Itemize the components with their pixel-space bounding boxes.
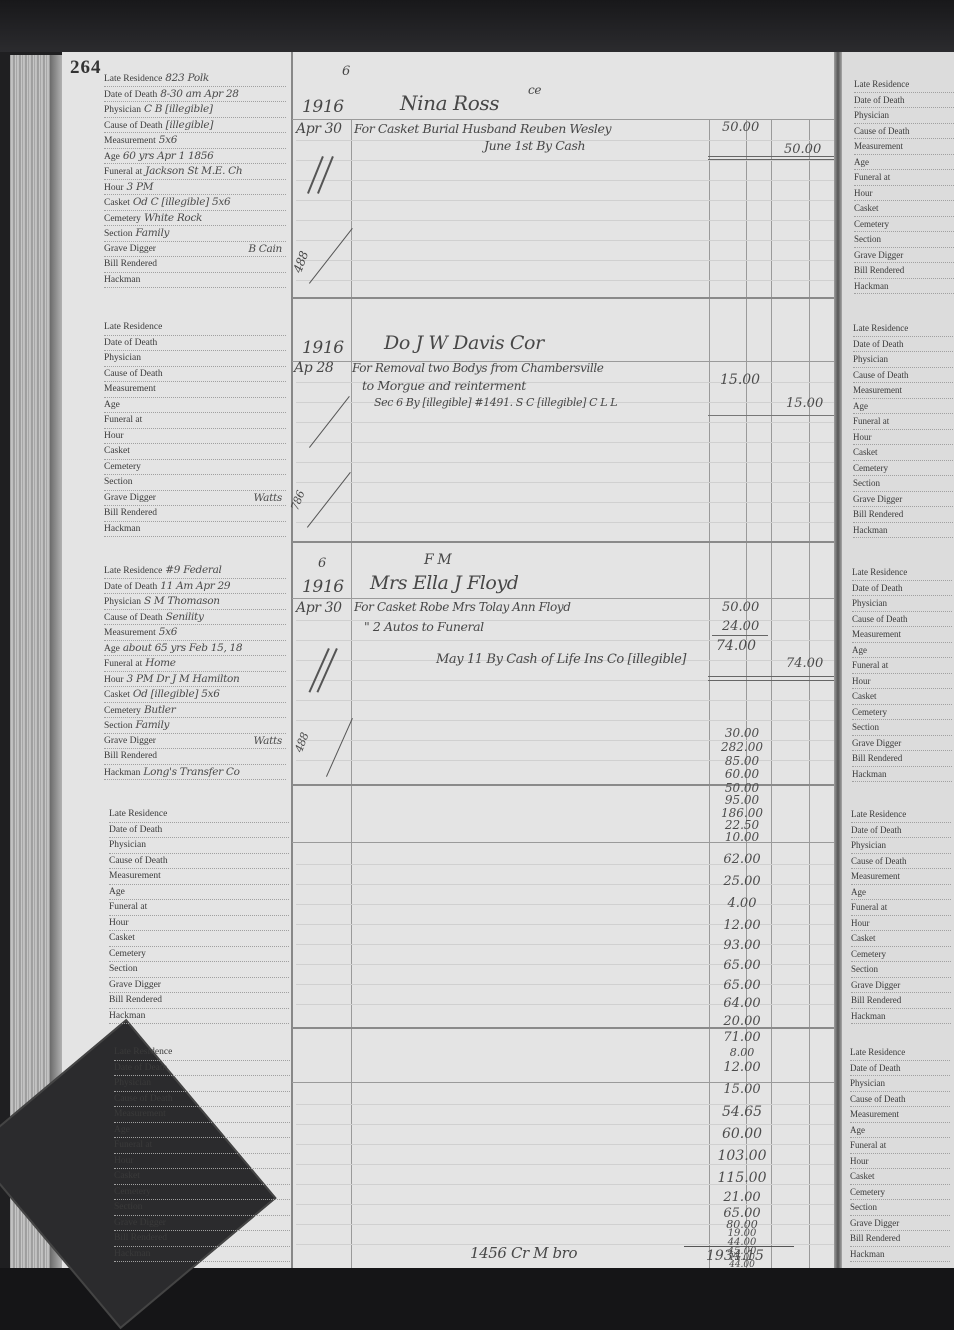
- funeral-at-value: Home: [145, 657, 175, 669]
- casket-value: Od [illegible] 5x6: [133, 688, 220, 700]
- ledger-description: For Removal two Bodys from Chambersville: [352, 361, 604, 375]
- ledger-name: Nina Ross: [400, 91, 499, 115]
- ledger-charge-1: 50.00: [722, 600, 759, 615]
- header-rule: [292, 598, 834, 599]
- ledger-date: Apr 30: [296, 600, 342, 616]
- total-underline: [708, 680, 834, 681]
- tally-total: 1934.15: [706, 1248, 764, 1264]
- column-rule-left: [291, 52, 293, 1268]
- book-gutter: [834, 52, 842, 1268]
- cause-of-death-value: [illegible]: [166, 119, 214, 131]
- facing-page-form-4: Late Residence Date of Death Physician C…: [851, 807, 951, 1024]
- ledger-mark: 6: [342, 64, 350, 79]
- ledger-date: Apr 30: [296, 121, 342, 137]
- casket-value: Od C [illegible] 5x6: [133, 196, 231, 208]
- entry-5-form: Late Residence Date of Death Physician C…: [114, 1045, 290, 1262]
- column-rule-date: [351, 120, 352, 1268]
- entry-separator: [292, 541, 834, 543]
- physician-value: S M Thomason: [144, 595, 220, 607]
- column-rule-credit-cents: [809, 120, 810, 1268]
- entry-1-form: Late Residence823 Polk Date of Death8-30…: [104, 71, 286, 288]
- ledger-description: For Casket Robe Mrs Tolay Ann Floyd: [354, 600, 570, 614]
- age-value: about 65 yrs Feb 15, 18: [123, 642, 242, 654]
- ledger-line-2: June 1st By Cash: [484, 138, 585, 153]
- cause-of-death-value: Senility: [166, 611, 204, 623]
- ledger-line-2: " 2 Autos to Funeral: [364, 619, 484, 634]
- ledger-credit: 50.00: [784, 142, 821, 157]
- total-underline: [708, 156, 834, 157]
- facing-page-form-3: Late Residence Date of Death Physician C…: [852, 565, 952, 782]
- grave-digger-value: Watts: [254, 491, 282, 506]
- measurement-value: 5x6: [159, 626, 177, 638]
- ledger-year: 1916: [302, 338, 344, 358]
- page-number: 264: [70, 57, 102, 79]
- cemetery-value: Butler: [144, 704, 176, 716]
- late-residence-value: 823 Polk: [165, 72, 209, 84]
- hackman-value: Long's Transfer Co: [143, 766, 239, 778]
- column-rule-charge: [709, 120, 710, 1268]
- ledger-year: 1916: [302, 577, 344, 597]
- date-of-death-value: 11 Am Apr 29: [160, 580, 230, 592]
- entry-3-form: Late Residence#9 Federal Date of Death11…: [104, 563, 286, 780]
- cemetery-value: White Rock: [144, 212, 202, 224]
- footer-note: 1456 Cr M bro: [470, 1244, 577, 1262]
- hour-value: 3 PM Dr J M Hamilton: [127, 673, 240, 685]
- subtotal-underline: [712, 635, 768, 636]
- total-underline: [708, 676, 834, 677]
- tally-total-rule: [684, 1246, 794, 1247]
- ledger-name-suffix: ce: [528, 83, 541, 97]
- book-background-top: [0, 0, 954, 52]
- facing-page-form-1: Late Residence Date of Death Physician C…: [854, 77, 954, 294]
- ledger-charge: 15.00: [720, 372, 760, 388]
- facing-page-form-2: Late Residence Date of Death Physician C…: [853, 321, 953, 538]
- ledger-name: Mrs Ella J Floyd: [370, 572, 519, 594]
- section-value: Family: [136, 227, 170, 239]
- entry-separator: [292, 297, 834, 299]
- ledger-charge: 50.00: [722, 120, 759, 135]
- ledger-line-3: May 11 By Cash of Life Ins Co [illegible…: [436, 652, 686, 667]
- measurement-value: 5x6: [159, 134, 177, 146]
- hour-value: 3 PM: [127, 181, 154, 193]
- ledger-mark-fm: F M: [424, 552, 451, 568]
- total-underline: [708, 415, 834, 416]
- ledger-description: For Casket Burial Husband Reuben Wesley: [354, 121, 611, 136]
- ledger-subtotal: 74.00: [716, 638, 756, 654]
- column-rule-credit: [771, 120, 772, 1268]
- ledger-credit: 15.00: [786, 396, 823, 411]
- entry-2-form: Late Residence Date of Death Physician C…: [104, 320, 286, 537]
- ledger-line-3: Sec 6 By [illegible] #1491. S C [illegib…: [374, 396, 617, 409]
- total-underline: [708, 159, 834, 160]
- ledger-credit: 74.00: [786, 656, 823, 671]
- funeral-at-value: Jackson St M.E. Ch: [145, 165, 242, 177]
- entry-4-form: Late Residence Date of Death Physician C…: [109, 807, 289, 1024]
- grave-digger-value: B Cain: [248, 242, 282, 257]
- ledger-mark: 6: [318, 556, 326, 571]
- ledger-line-2: to Morgue and reinterment: [362, 378, 526, 393]
- late-residence-value: #9 Federal: [165, 564, 221, 576]
- facing-page-form-5: Late Residence Date of Death Physician C…: [850, 1045, 950, 1262]
- section-value: Family: [136, 719, 170, 731]
- ledger-date: Ap 28: [294, 360, 333, 376]
- ledger-charge-2: 24.00: [722, 619, 759, 634]
- ledger-year: 1916: [302, 97, 344, 117]
- date-of-death-value: 8-30 am Apr 28: [160, 88, 238, 100]
- grave-digger-value: Watts: [254, 734, 282, 749]
- age-value: 60 yrs Apr 1 1856: [123, 150, 214, 162]
- physician-value: C B [illegible]: [144, 103, 213, 115]
- ledger-name: Do J W Davis Cor: [384, 332, 544, 354]
